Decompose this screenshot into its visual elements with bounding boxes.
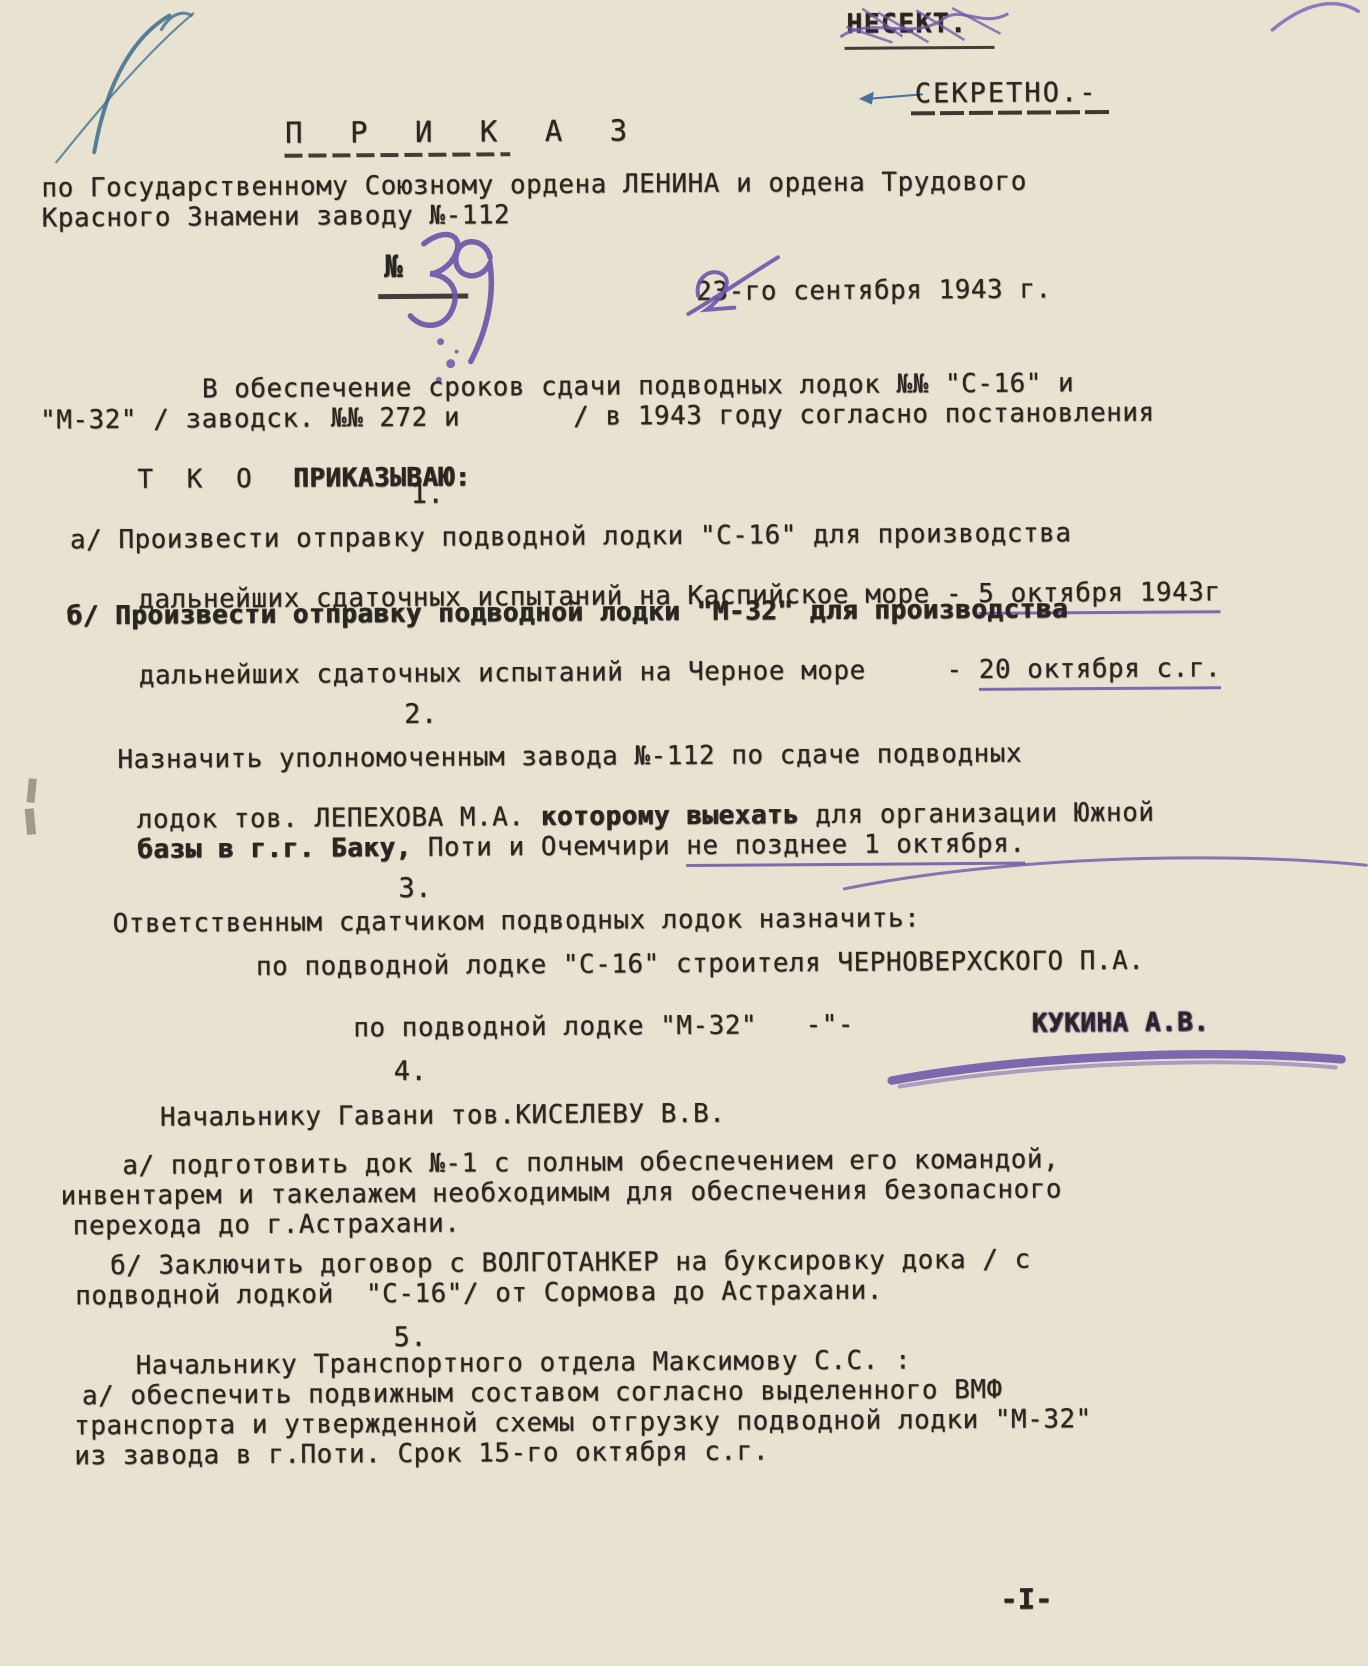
section2-line3-bold: базы в г.г. Баку, <box>137 833 412 865</box>
section4-intro: Начальнику Гавани тов.КИСЕЛЕВУ В.В. <box>160 1100 726 1134</box>
section3-number: 3. <box>398 873 432 904</box>
issuing-org: Т К О <box>137 464 260 495</box>
section3-s16-line: по подводной лодке "С-16" строителя ЧЕРН… <box>256 947 1145 983</box>
margin-smudge-1 <box>27 778 37 803</box>
section1-b-line2: дальнейших сдаточных испытаний на Черное… <box>42 624 1222 722</box>
preamble-line2: "М-32" / заводск. №№ 272 и / в 1943 году… <box>40 399 1155 437</box>
secrecy-stamp: СЕКРЕТНО.- <box>915 77 1098 109</box>
deadline-m32: 20 октября с.г. <box>979 653 1222 691</box>
handwritten-date-correction <box>682 251 782 322</box>
section3-m32-pre: по подводной лодке "М-32" -"- <box>353 1008 1032 1043</box>
preamble-line3: Т К О ПРИКАЗЫВАЮ: <box>40 433 471 526</box>
section4-a-line2: инвентарем и такелажем необходимым для о… <box>60 1175 1062 1212</box>
section3-intro: Ответственным сдатчиком подводных лодок … <box>113 904 921 940</box>
handwritten-number-39 <box>394 221 515 392</box>
responsible-name-kukin: КУКИНА А.В. <box>1032 1007 1210 1038</box>
corner-pen-stroke <box>1266 0 1362 40</box>
margin-smudge-2 <box>25 808 36 835</box>
strikeout-scribble <box>832 0 1022 57</box>
order-verb: ПРИКАЗЫВАЮ: <box>293 462 471 493</box>
title-underline <box>284 152 510 158</box>
pen-underline-kukin <box>877 1043 1357 1094</box>
section1-b-line2-text: дальнейших сдаточных испытаний на Черное… <box>139 655 979 691</box>
document-content: НЕСЕКТ. СЕКРЕТНО.- П Р И К А З по Госуда… <box>0 0 1368 1666</box>
section5-a-line2: транспорта и утвержденной схемы отгрузку… <box>74 1405 1092 1442</box>
secrecy-underline <box>911 110 1111 115</box>
pen-flourish-section2 <box>836 841 1368 901</box>
section2-number: 2. <box>404 699 438 730</box>
section4-a-line3: перехода до г.Астрахани. <box>73 1210 461 1243</box>
section2-line3-mid: Поти и Очемчири <box>412 831 687 863</box>
section4-b-line2: подводной лодкой "С-16"/ от Сормова до А… <box>75 1277 883 1313</box>
section4-number: 4. <box>394 1056 428 1087</box>
section1-number: 1. <box>411 479 445 510</box>
page-number: -I- <box>1000 1583 1052 1616</box>
section4-b-line1: б/ Заключить договор с ВОЛГОТАНКЕР на бу… <box>110 1246 1031 1282</box>
order-subtitle-line1: по Государственному Союзному ордена ЛЕНИ… <box>41 168 1027 205</box>
page-title: П Р И К А З <box>285 114 642 150</box>
document-page: НЕСЕКТ. СЕКРЕТНО.- П Р И К А З по Госуда… <box>0 0 1368 1666</box>
section5-a-line3: из завода в г.Поти. Срок 15-го октября с… <box>74 1437 769 1472</box>
handwritten-mark-topleft <box>19 3 230 174</box>
